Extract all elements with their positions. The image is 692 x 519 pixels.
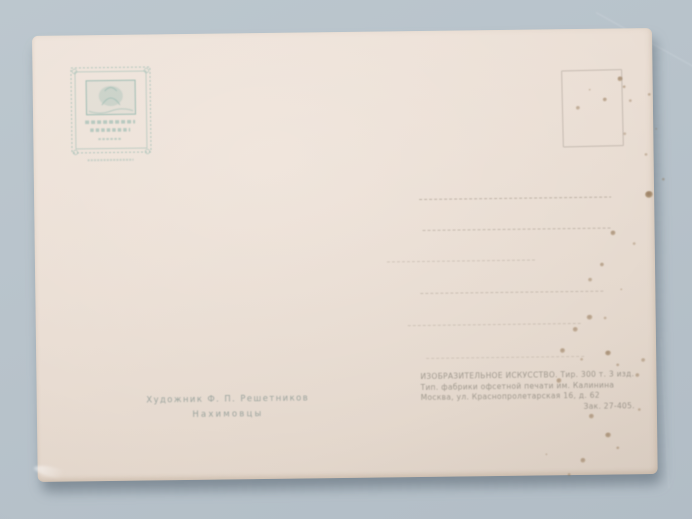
foxing-spot	[605, 433, 611, 438]
foxing-spot	[611, 230, 616, 235]
foxing-spot	[545, 453, 547, 455]
foxing-spot	[662, 178, 665, 181]
address-line	[408, 323, 583, 326]
foxing-spot	[623, 132, 626, 135]
address-line	[423, 228, 613, 231]
address-line	[419, 197, 611, 200]
foxing-spot	[635, 373, 639, 377]
foxing-spot	[588, 278, 592, 282]
foxing-spot	[633, 242, 636, 245]
foxing-spot	[620, 288, 622, 290]
foxing-spot	[616, 363, 619, 366]
foxing-spot	[605, 351, 611, 356]
foxing-spot	[655, 128, 657, 130]
artwork-title-text: Нахимовцы	[121, 408, 335, 421]
photo-backdrop: Художник Ф. П. Решетников Нахимовцы ИЗОБ…	[0, 0, 692, 519]
foxing-spot	[648, 93, 651, 96]
stamp-box	[561, 69, 624, 147]
address-line	[426, 356, 586, 359]
foxing-spot	[573, 327, 578, 332]
address-line	[420, 291, 605, 294]
foxing-spot	[604, 317, 607, 320]
foxing-spot	[587, 315, 593, 320]
foxing-spot	[603, 98, 607, 102]
foxing-spot	[576, 106, 580, 110]
foxing-spot	[560, 348, 565, 353]
foxing-spot	[589, 89, 591, 91]
foxing-spot	[618, 76, 623, 81]
artist-credit-text: Художник Ф. П. Решетников	[121, 393, 335, 406]
address-line	[387, 259, 537, 262]
imprint-block: ИЗОБРАЗИТЕЛЬНОЕ ИСКУССТВО. Тир. 300 т. 3…	[420, 369, 665, 414]
foxing-spot	[645, 191, 653, 198]
postcard: Художник Ф. П. Решетников Нахимовцы ИЗОБ…	[32, 28, 658, 482]
foxing-spot	[641, 358, 645, 362]
foxing-spot	[638, 408, 641, 411]
foxing-spot	[623, 85, 626, 88]
publisher-emblem-icon	[68, 64, 153, 165]
foxing-spot	[600, 263, 604, 267]
foxing-spot	[580, 458, 585, 463]
corner-crease	[33, 463, 76, 482]
foxing-spot	[568, 473, 571, 476]
foxing-spot	[589, 414, 594, 419]
foxing-spot	[629, 99, 632, 102]
foxing-spot	[556, 378, 561, 383]
foxing-spot	[645, 153, 648, 156]
backdrop-scratch	[661, 338, 670, 488]
foxing-spot	[580, 358, 583, 361]
foxing-spot	[616, 446, 619, 449]
artist-credit-block: Художник Ф. П. Решетников Нахимовцы	[121, 393, 335, 421]
